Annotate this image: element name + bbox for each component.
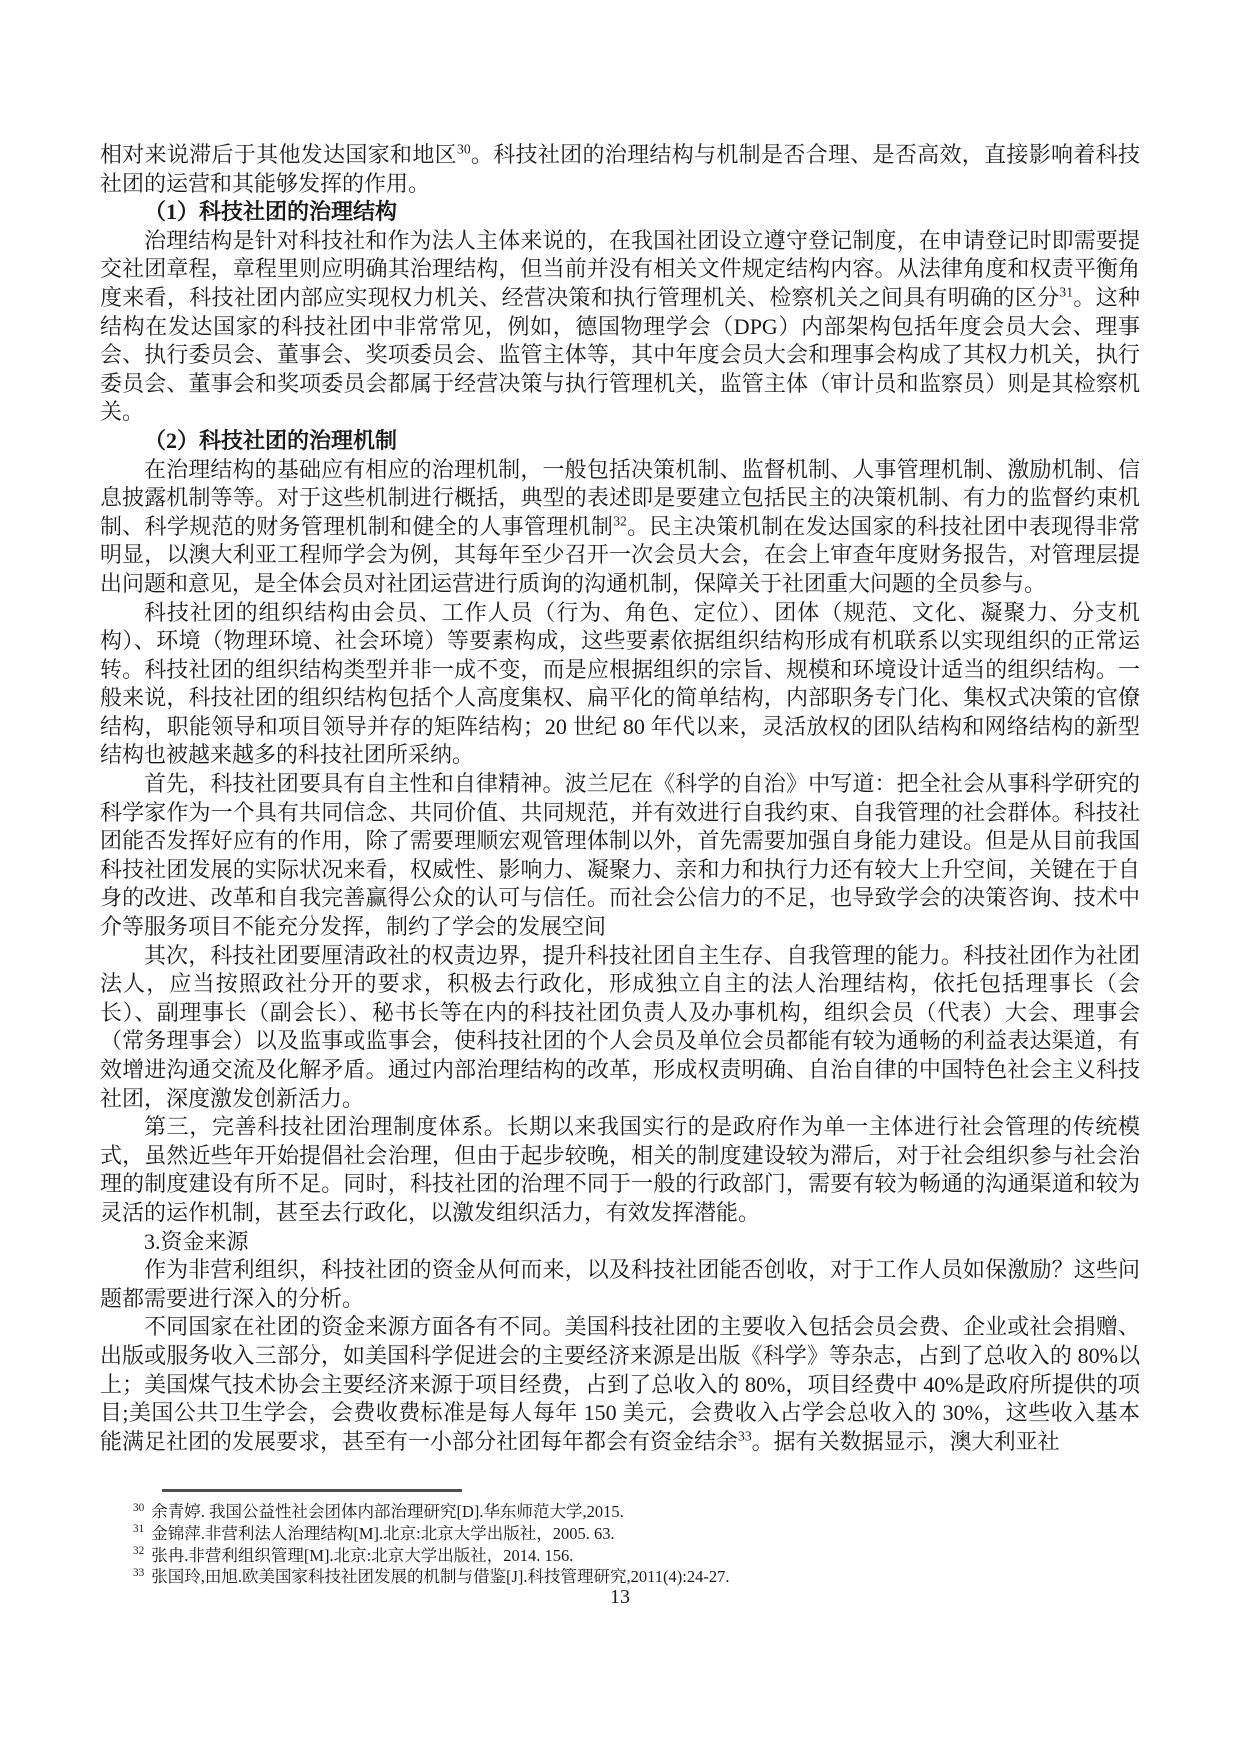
body-paragraph: 第三，完善科技社团治理制度体系。长期以来我国实行的是政府作为单一主体进行社会管理… (100, 1113, 1140, 1227)
document-page: 相对来说滞后于其他发达国家和地区30。科技社团的治理结构与机制是否合理、是否高效… (0, 0, 1240, 1753)
footnote-reference: 33 (738, 1428, 752, 1443)
footnote-item: 30余青婷. 我国公益性社会团体内部治理研究[D].华东师范大学,2015. (100, 1501, 1140, 1523)
document-body: 相对来说滞后于其他发达国家和地区30。科技社团的治理结构与机制是否合理、是否高效… (100, 141, 1140, 1456)
body-paragraph: 相对来说滞后于其他发达国家和地区30。科技社团的治理结构与机制是否合理、是否高效… (100, 141, 1140, 198)
footnote-reference: 30 (457, 142, 471, 157)
footnote-reference: 32 (613, 513, 627, 528)
page-number: 13 (100, 1584, 1140, 1610)
footnote-separator-rule (162, 1489, 462, 1492)
footnotes-section: 30余青婷. 我国公益性社会团体内部治理研究[D].华东师范大学,2015.31… (100, 1489, 1140, 1588)
footnote-marker: 30 (133, 1502, 144, 1514)
section-heading: （1）科技社团的治理结构 (100, 198, 1140, 227)
body-paragraph: 在治理结构的基础应有相应的治理机制，一般包括决策机制、监督机制、人事管理机制、激… (100, 456, 1140, 599)
footnote-item: 32张冉.非营利组织管理[M].北京:北京大学出版社，2014. 156. (100, 1545, 1140, 1567)
footnote-marker: 33 (133, 1567, 144, 1579)
footnote-item: 31金锦萍.非营利法人治理结构[M].北京:北京大学出版社，2005. 63. (100, 1523, 1140, 1545)
body-paragraph: 其次，科技社团要厘清政社的权责边界，提升科技社团自主生存、自我管理的能力。科技社… (100, 942, 1140, 1114)
body-paragraph: 治理结构是针对科技社和作为法人主体来说的，在我国社团设立遵守登记制度，在申请登记… (100, 227, 1140, 427)
body-paragraph: 作为非营利组织，科技社团的资金从何而来，以及科技社团能否创收，对于工作人员如保激… (100, 1256, 1140, 1313)
body-paragraph: 不同国家在社团的资金来源方面各有不同。美国科技社团的主要收入包括会员会费、企业或… (100, 1313, 1140, 1456)
section-heading: （2）科技社团的治理机制 (100, 427, 1140, 456)
footnote-list: 30余青婷. 我国公益性社会团体内部治理研究[D].华东师范大学,2015.31… (100, 1501, 1140, 1588)
footnote-marker: 32 (133, 1545, 144, 1557)
footnote-reference: 31 (1059, 285, 1073, 300)
body-paragraph: 首先，科技社团要具有自主性和自律精神。波兰尼在《科学的自治》中写道：把全社会从事… (100, 770, 1140, 942)
footnote-marker: 31 (133, 1523, 144, 1535)
body-paragraph: 科技社团的组织结构由会员、工作人员（行为、角色、定位）、团体（规范、文化、凝聚力… (100, 599, 1140, 771)
section-subheading: 3.资金来源 (100, 1228, 1140, 1257)
